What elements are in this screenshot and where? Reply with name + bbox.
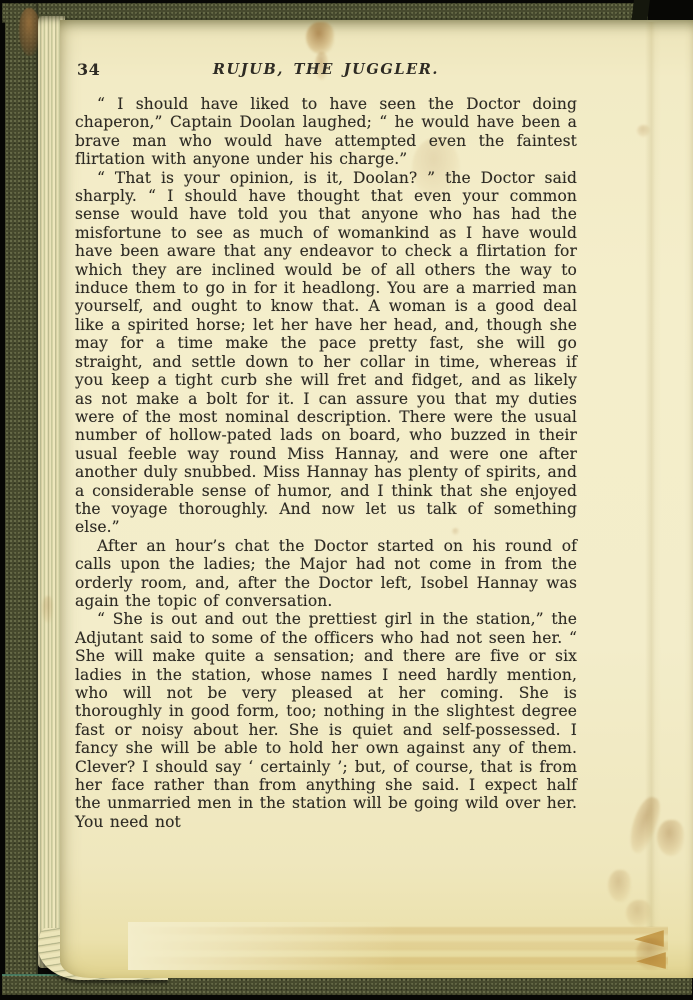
book-scan: { "book_page": { "page_number": "34", "r… [0, 0, 693, 1000]
running-head: 34 RUJUB, THE JUGGLER. [75, 60, 577, 78]
paragraph: “ She is out and out the prettiest girl … [75, 610, 577, 831]
page-body-text: “ I should have liked to have seen the D… [75, 95, 577, 831]
running-title: RUJUB, THE JUGGLER. [75, 61, 577, 78]
book-cover-spine-edge [5, 3, 38, 977]
underlying-page-show-through [128, 922, 668, 970]
paragraph: After an hour’s chat the Doctor started … [75, 537, 577, 611]
paragraph: “ I should have liked to have seen the D… [75, 95, 577, 169]
page-fold-shadow [645, 22, 661, 927]
paragraph: “ That is your opinion, is it, Doolan? ”… [75, 169, 577, 537]
